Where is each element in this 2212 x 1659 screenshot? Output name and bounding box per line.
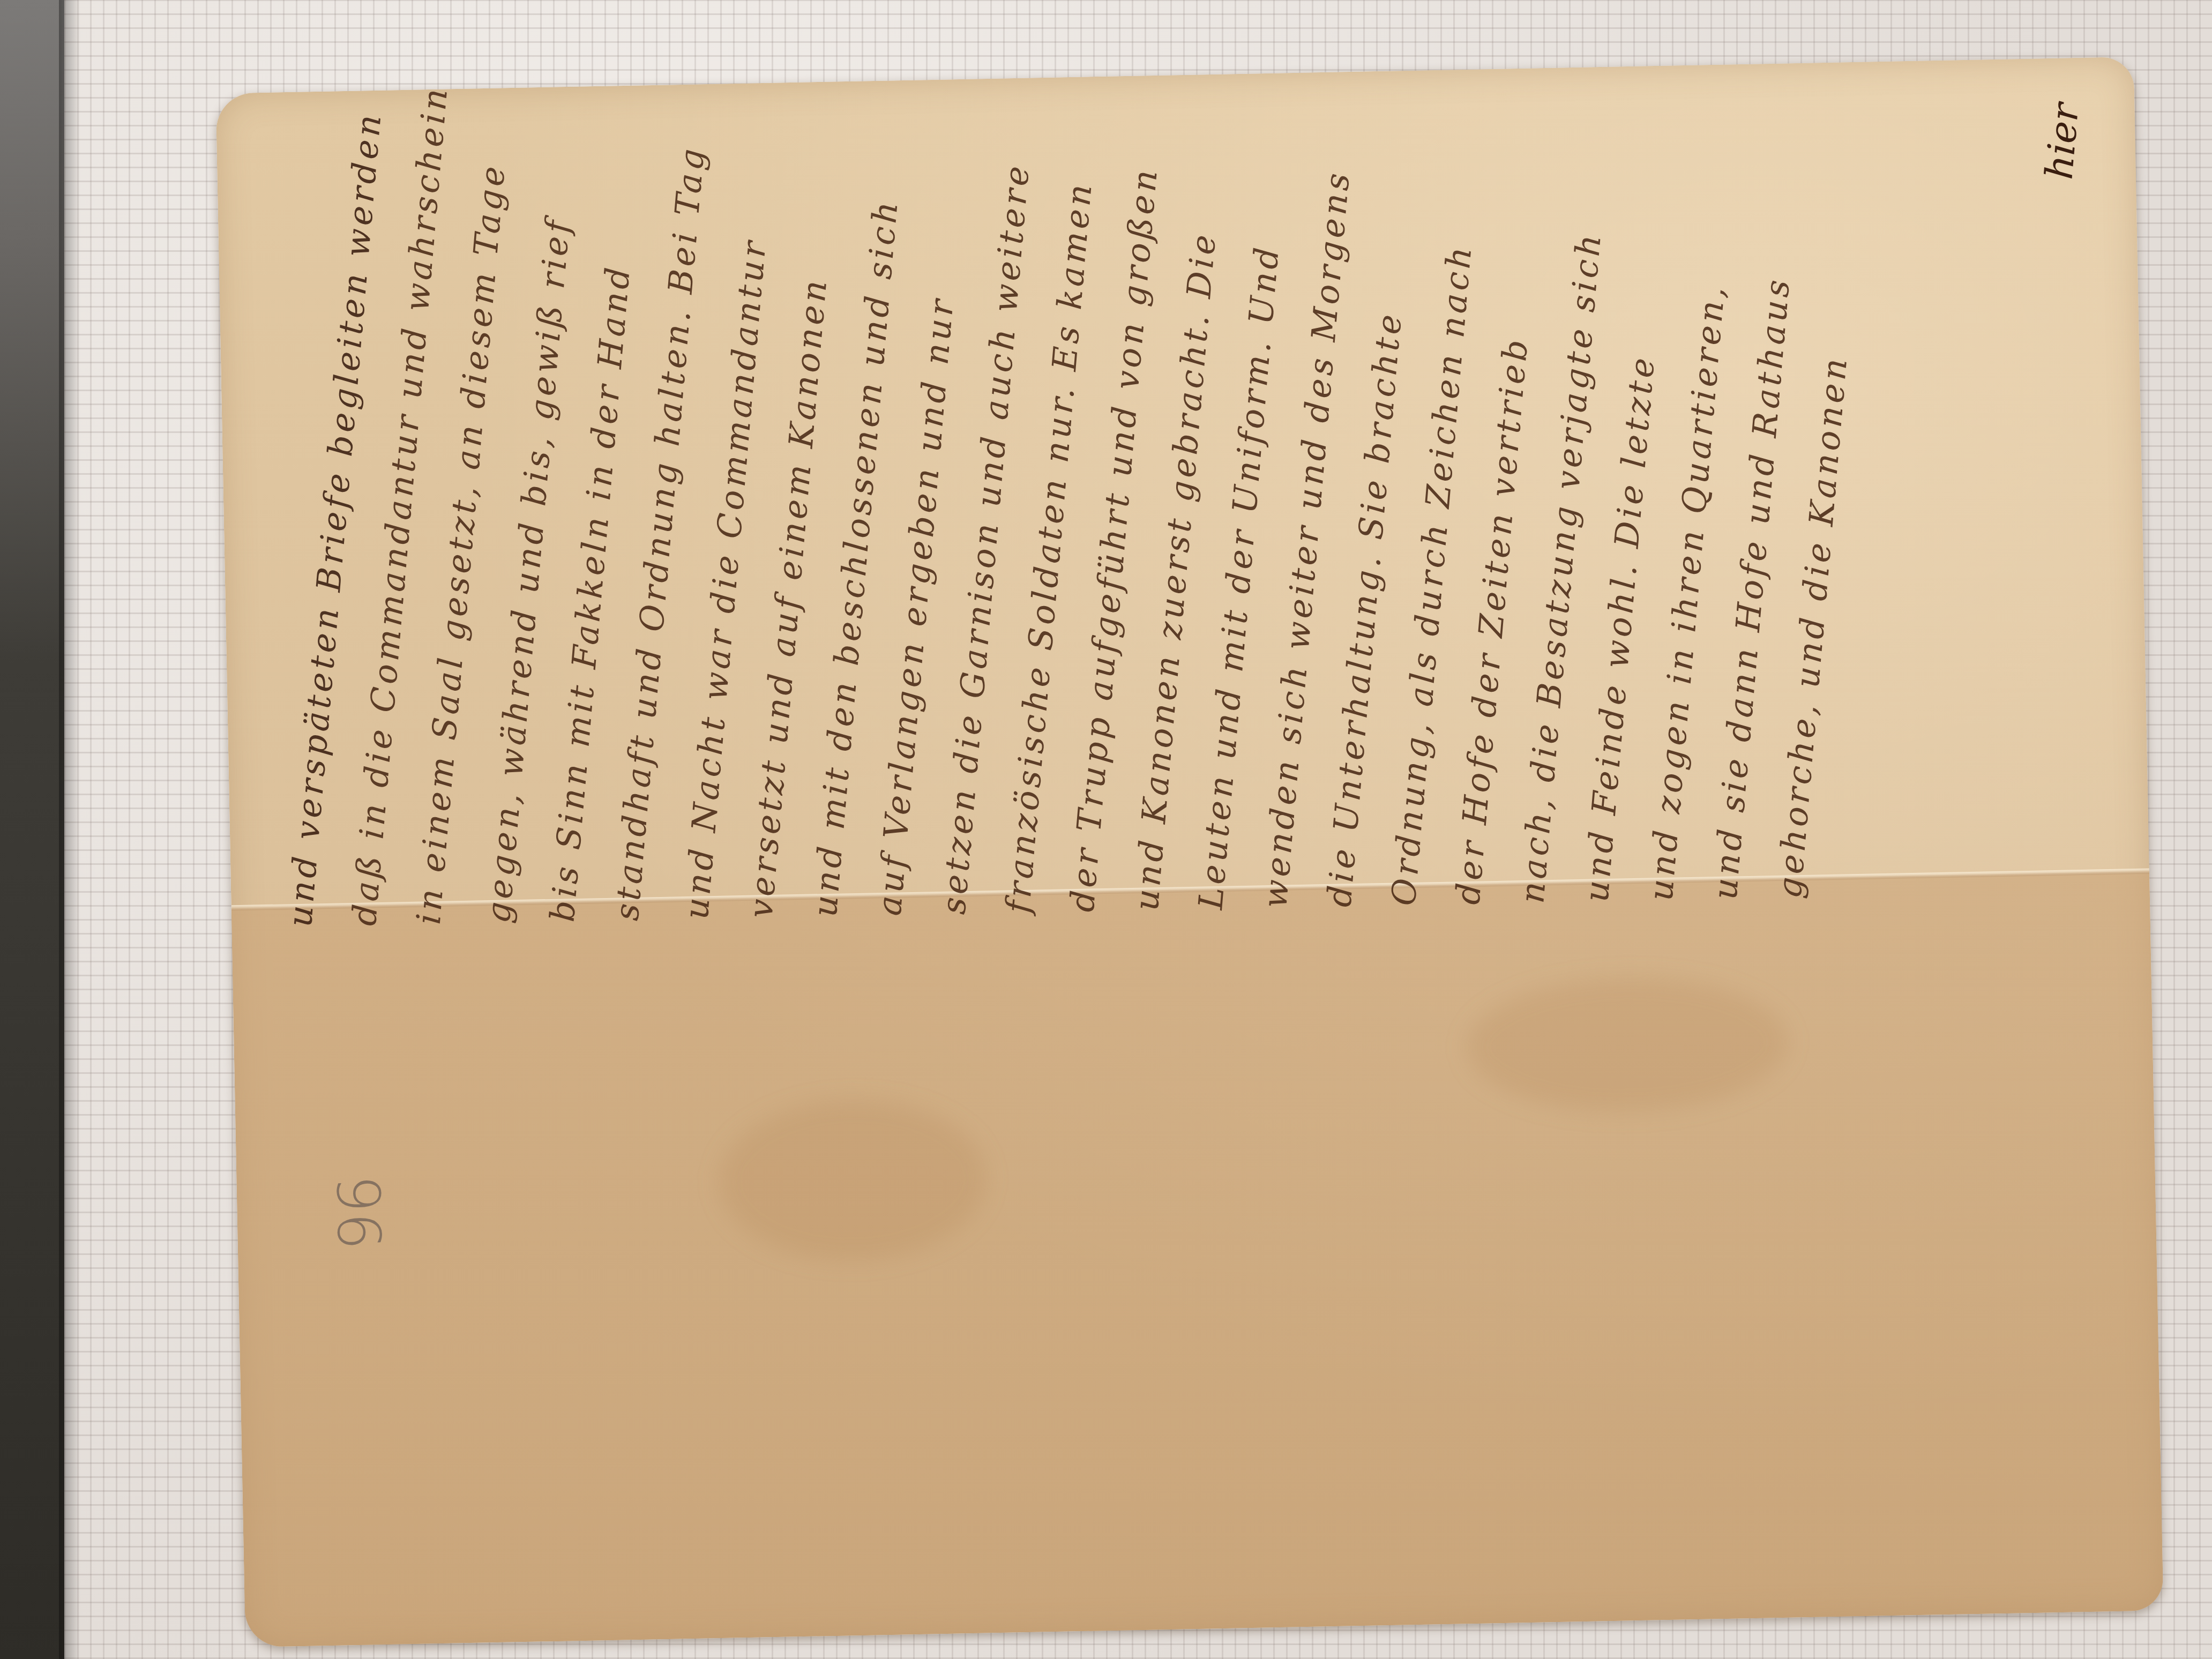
dark-background-strip (0, 0, 64, 1659)
lower-folded-half (231, 871, 2164, 1647)
closing-word: hier (2037, 101, 2087, 181)
document-page: und verspäteten Briefe begleiten werden … (215, 57, 2163, 1647)
pencil-page-number: 96 (325, 1175, 395, 1251)
handwritten-text: und verspäteten Briefe begleiten werden … (281, 91, 2064, 928)
linen-shadow (59, 0, 80, 1659)
